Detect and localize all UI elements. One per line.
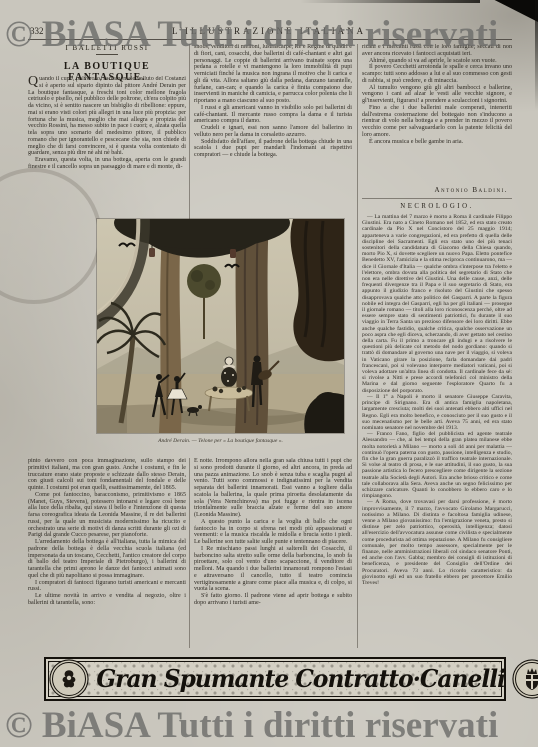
paragraph: L'arredamento della bottega è all'italia…	[28, 539, 186, 580]
paragraph: Le ultime novità in arrivo e vendita al …	[28, 593, 186, 607]
paragraph: pinto davvero con poca immaginazione, su…	[28, 458, 186, 492]
necrologio-body: — La mattina del 7 marzo è morto a Roma …	[362, 214, 512, 647]
watermark-bottom: © BiASA Tutti i diritti riservati	[5, 704, 498, 747]
paragraph: Soddisfatto dell'affare, il padrone dell…	[194, 139, 352, 159]
paragraph: — A Roma, dove trovavasi per darsi profe…	[362, 499, 512, 586]
stage-design-illustration	[97, 219, 344, 433]
paragraph: È notte. Irrompono allora nella gran sal…	[194, 458, 352, 519]
paragraph: È ancora musica e belle gambe in aria.	[362, 139, 512, 146]
figure-caption: André Derain. — Telone per « La boutique…	[77, 438, 364, 444]
ad-banner: Gran Spumante Contratto·Canelli	[44, 657, 506, 701]
paragraph: — Il 1° a Napoli è morto il senatore Giu…	[362, 394, 512, 431]
scan-edge-streak	[300, 0, 480, 3]
paragraph: Ahimè, quando si va ad aprirle, le scato…	[362, 58, 512, 65]
author-signature: Antonio Baldini.	[362, 186, 508, 194]
paragraph: Crudeli e ignari, essi non sanno l'amore…	[194, 125, 352, 139]
paragraph: Al tumulto vengono giù gli altri bambocc…	[362, 85, 512, 105]
watermark-top: © BiASA Tutti i diritti riservati	[5, 13, 498, 56]
ad-banner-frame: Gran Spumante Contratto·Canelli	[48, 661, 502, 697]
column-right-top: ricani e i mercanti russi con le loro fa…	[362, 44, 512, 185]
column-divider	[189, 458, 190, 648]
column-left-top: Quando il cupo, polveroso, sacramentale …	[28, 76, 186, 220]
signature-rule	[362, 198, 512, 199]
paragraph: S'è fatto giorno. Il padrone viene ad ap…	[194, 593, 352, 607]
column-middle-bottom: È notte. Irrompono allora nella gran sal…	[194, 458, 352, 649]
column-middle-top: snobs, venditori di melloni, lustrascarp…	[194, 44, 352, 220]
shield-medallion-icon	[515, 662, 538, 696]
paragraph: Il povero Cecchetti arrotonda le spalle …	[362, 64, 512, 84]
paragraph: Come poi fantoccino, baracconismo, primi…	[28, 492, 186, 539]
paragraph: A questo punto la carica e la voglia di …	[194, 519, 352, 546]
paragraph: Quando il cupo, polveroso, sacramentale …	[28, 76, 186, 157]
column-divider	[189, 44, 190, 220]
ad-brand-text: Gran Spumante Contratto·Canelli	[96, 667, 505, 691]
necrologio-title: NECROLOGIO.	[362, 203, 512, 210]
paragraph: I compratori di fantocci figurano turist…	[28, 580, 186, 594]
paragraph: I russi e gli americani vanno in visibil…	[194, 105, 352, 125]
column-divider	[357, 44, 358, 648]
paragraph: Eravamo, questa volta, in una bottega, a…	[28, 157, 186, 171]
derain-backdrop-art	[97, 219, 344, 433]
paragraph: I Re mischiano passi lunghi ai salterell…	[194, 546, 352, 593]
crest-medallion-icon	[52, 662, 86, 696]
scanned-magazine-page: 332 L'ILLUSTRAZIONE ITALIANA I BALLETTI …	[0, 0, 538, 747]
paragraph: — Franco Fano, figlio del pubblicista ed…	[362, 431, 512, 499]
paragraph: Fino a che i due ballerini male comperat…	[362, 105, 512, 139]
paragraph: — La mattina del 7 marzo è morto a Roma …	[362, 214, 512, 394]
column-left-bottom: pinto davvero con poca immaginazione, su…	[28, 458, 186, 649]
